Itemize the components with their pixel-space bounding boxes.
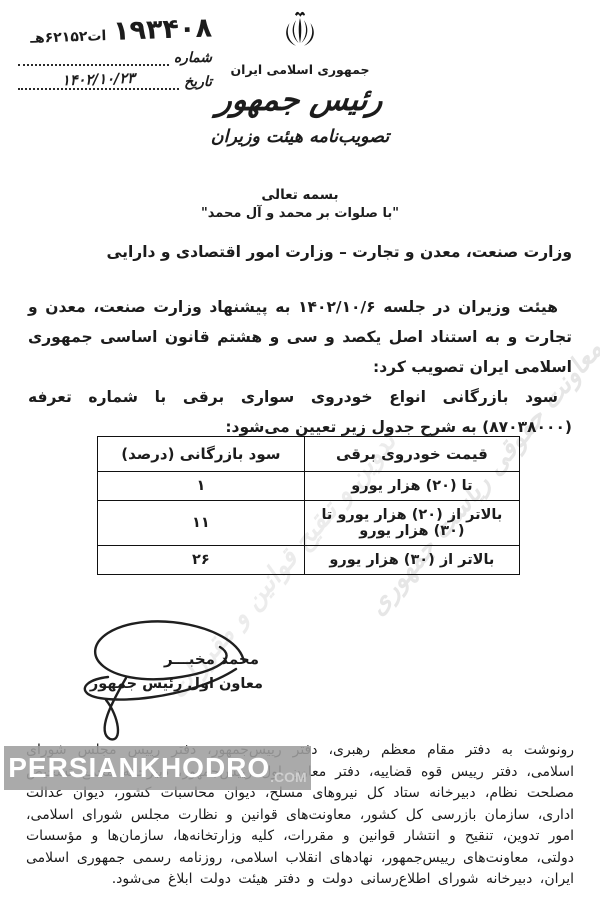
signature-block: محمد مخبـــر معاون اول رئیس جمهور: [48, 606, 283, 746]
header-profit: سود بازرگانی (درصد): [98, 437, 305, 472]
body-paragraph-2: سود بازرگانی انواع خودروی سواری برقی با …: [28, 382, 572, 442]
cell-profit-1: ۱: [98, 472, 305, 501]
cell-price-3: بالاتر از (۳۰) هزار یورو: [304, 546, 519, 575]
body-paragraph-1: هیئت وزیران در جلسه ۱۴۰۲/۱۰/۶ به پیشنهاد…: [28, 292, 572, 382]
table-row: بالاتر از (۲۰) هزار یورو تا (۳۰) هزار یو…: [98, 501, 520, 546]
decree-body: هیئت وزیران در جلسه ۱۴۰۲/۱۰/۶ به پیشنهاد…: [28, 292, 572, 442]
watermark-site-text: PERSIANKHODRO: [8, 752, 270, 784]
letterhead: جمهوری اسلامی ایران رئیس جمهور تصویب‌نام…: [0, 6, 600, 147]
tariff-table: قیمت خودروی برقی سود بازرگانی (درصد) تا …: [97, 436, 520, 575]
signer-title: معاون اول رئیس جمهور: [90, 676, 263, 692]
cell-price-2: بالاتر از (۲۰) هزار یورو تا (۳۰) هزار یو…: [304, 501, 519, 546]
document-type-title: تصویب‌نامه هیئت وزیران: [0, 127, 600, 147]
salawat-text: "با صلوات بر محمد و آل محمد": [0, 206, 600, 221]
table-row: بالاتر از (۳۰) هزار یورو ۲۶: [98, 546, 520, 575]
persiankhodro-watermark: PERSIANKHODRO .COM: [4, 746, 311, 790]
invocation-block: بسمه تعالی "با صلوات بر محمد و آل محمد": [0, 187, 600, 221]
cell-profit-2: ۱۱: [98, 501, 305, 546]
besmele-text: بسمه تعالی: [0, 187, 600, 203]
signer-name: محمد مخبـــر: [164, 650, 259, 668]
office-title: رئیس جمهور: [0, 82, 600, 118]
table-row: تا (۲۰) هزار یورو ۱: [98, 472, 520, 501]
header-price: قیمت خودروی برقی: [304, 437, 519, 472]
scanned-decree-document: معاونت حقوقی ریاست جمهوری تدوین و تنقیح …: [0, 0, 600, 900]
country-title: جمهوری اسلامی ایران: [0, 62, 600, 77]
cell-price-1: تا (۲۰) هزار یورو: [304, 472, 519, 501]
watermark-tld-text: .COM: [270, 769, 307, 790]
addressee-line: وزارت صنعت، معدن و تجارت – وزارت امور اق…: [28, 243, 572, 261]
table-header-row: قیمت خودروی برقی سود بازرگانی (درصد): [98, 437, 520, 472]
cell-profit-3: ۲۶: [98, 546, 305, 575]
iran-emblem-icon: [277, 6, 323, 60]
